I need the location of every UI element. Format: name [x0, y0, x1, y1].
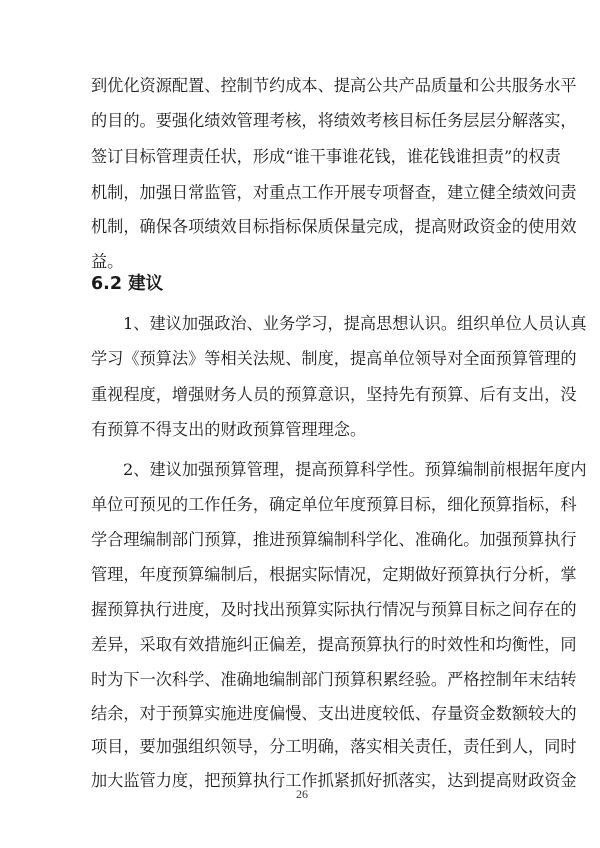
- text-line: 机制，确保各项绩效目标指标保质保量完成，提高财政资金的使用效: [91, 216, 512, 238]
- section-heading: 6.2 建议: [91, 272, 163, 296]
- text-line: 到优化资源配置、控制节约成本、提高公共产品质量和公共服务水平: [91, 75, 512, 97]
- text-line: 签订目标管理责任状，形成“谁干事谁花钱，谁花钱谁担责”的权责: [91, 146, 512, 168]
- page-number: 26: [0, 786, 600, 802]
- text-line: 差异，采取有效措施纠正偏差，提高预算执行的时效性和均衡性，同: [91, 634, 512, 656]
- text-line: 学合理编制部门预算，推进预算编制科学化、准确化。加强预算执行: [91, 529, 512, 551]
- text-line: 益。: [91, 251, 512, 273]
- text-line: 管理，年度预算编制后，根据实际情况，定期做好预算执行分析，掌: [91, 564, 512, 586]
- text-line: 2、建议加强预算管理，提高预算科学性。预算编制前根据年度内: [123, 459, 512, 481]
- text-line: 的目的。要强化绩效管理考核，将绩效考核目标任务层层分解落实，: [91, 110, 512, 132]
- text-line: 项目，要加强组织领导，分工明确，落实相关责任，责任到人，同时: [91, 736, 512, 758]
- text-line: 时为下一次科学、准确地编制部门预算积累经验。严格控制年末结转: [91, 669, 512, 691]
- text-line: 机制，加强日常监管，对重点工作开展专项督查，建立健全绩效问责: [91, 182, 512, 204]
- text-line: 结余，对于预算实施进度偏慢、支出进度较低、存量资金数额较大的: [91, 703, 512, 725]
- text-line: 单位可预见的工作任务，确定单位年度预算目标，细化预算指标，科: [91, 494, 512, 516]
- text-line: 1、建议加强政治、业务学习，提高思想认识。组织单位人员认真: [123, 313, 512, 335]
- text-line: 重视程度，增强财务人员的预算意识，坚持先有预算、后有支出，没: [91, 384, 512, 406]
- text-line: 握预算执行进度，及时找出预算实际执行情况与预算目标之间存在的: [91, 599, 512, 621]
- text-line: 有预算不得支出的财政预算管理理念。: [91, 419, 512, 441]
- text-line: 学习《预算法》等相关法规、制度，提高单位领导对全面预算管理的: [91, 348, 512, 370]
- document-page: 到优化资源配置、控制节约成本、提高公共产品质量和公共服务水平 的目的。要强化绩效…: [0, 0, 600, 848]
